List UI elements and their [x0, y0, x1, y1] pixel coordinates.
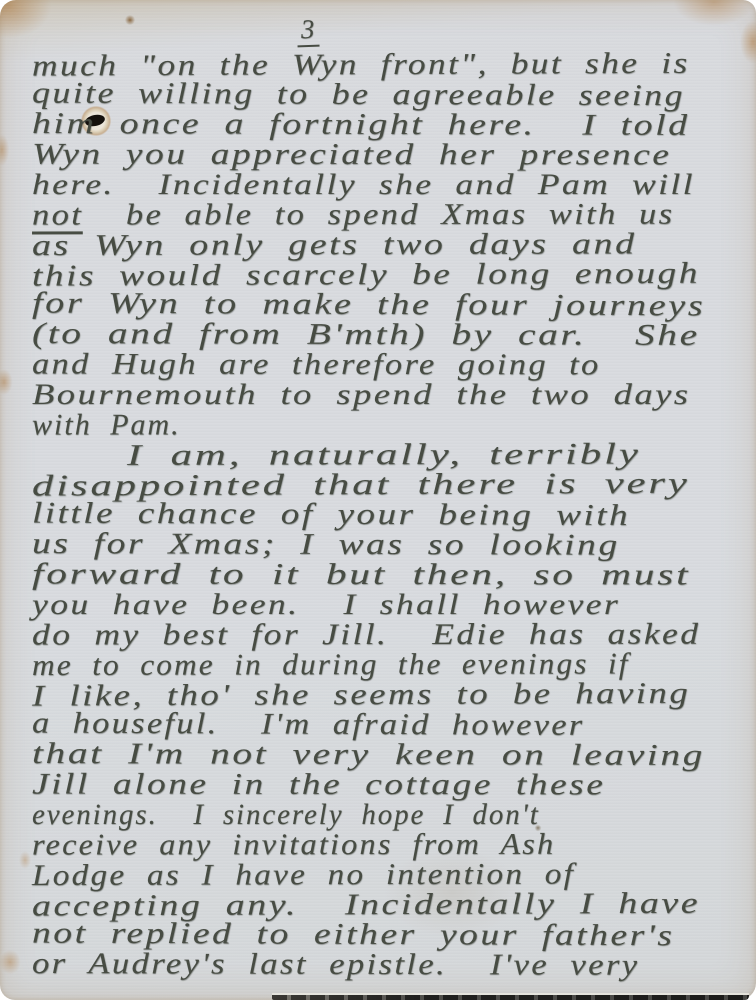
handwriting-text: Lodge as I have no intention of [32, 859, 575, 891]
text-segment: forward to it but then, so must [32, 557, 690, 591]
handwriting-line: and Hugh are therefore going to [32, 349, 756, 380]
handwriting-text: forward to it but then, so must [32, 559, 690, 590]
handwriting-line: us for Xmas; I was so looking [32, 529, 756, 561]
handwriting-line: or Audrey's last epistle. I've very [32, 949, 756, 981]
handwriting-line: you have been. I shall however [32, 590, 756, 620]
handwriting-text: Wyn you appreciated her presence [32, 139, 671, 170]
text-segment: and Hugh are therefore going to [32, 347, 601, 381]
text-segment: evenings. I sincerely hope I don't [32, 798, 540, 831]
text-segment: Bournemouth to spend the two days [32, 378, 690, 411]
handwriting-line: Jill alone in the cottage these [32, 769, 756, 800]
text-segment: Jill alone in the cottage these [32, 767, 605, 801]
handwriting-text: Jill alone in the cottage these [32, 769, 605, 800]
handwriting-text: Bournemouth to spend the two days [32, 380, 690, 410]
text-segment: with Pam. [32, 408, 181, 441]
handwriting-text: him once a fortnight here. I told [32, 109, 690, 141]
handwriting-text: a houseful. I'm afraid however [32, 708, 585, 740]
text-segment: here. Incidentally she and Pam will [32, 168, 695, 201]
handwriting-text: here. Incidentally she and Pam will [32, 170, 695, 200]
handwriting-line: not be able to spend Xmas with us [32, 199, 756, 230]
handwriting-text: receive any invitations from Ash [32, 830, 555, 861]
handwriting-text: as Wyn only gets two days and [32, 229, 637, 261]
handwriting-line: (to and from B'mth) by car. She [32, 319, 756, 351]
handwriting-text: and Hugh are therefore going to [32, 349, 601, 380]
handwriting-line: receive any invitations from Ash [32, 829, 756, 860]
text-segment: Wyn you appreciated her presence [32, 137, 671, 171]
handwriting-text: not be able to spend Xmas with us [32, 200, 674, 231]
bottom-page-edge [272, 995, 749, 1000]
handwriting-line: with Pam. [32, 409, 756, 440]
text-segment: or Audrey's last epistle. I've very [32, 947, 640, 982]
handwriting-line: that I'm not very keen on leaving [32, 739, 756, 771]
handwriting-text: me to come in during the evenings if [32, 649, 630, 681]
handwriting-text: little chance of your being with [32, 498, 630, 531]
handwriting-line: Wyn you appreciated her presence [32, 139, 756, 170]
text-segment: do my best for Jill. Edie has asked [32, 618, 700, 652]
text-segment: be able to spend Xmas with us [83, 198, 674, 232]
handwriting-text: or Audrey's last epistle. I've very [32, 949, 640, 981]
text-segment: you have been. I shall however [32, 588, 620, 621]
handwriting-line: him once a fortnight here. I told [32, 109, 756, 141]
handwriting-text: I am, naturally, terribly [127, 439, 641, 470]
handwriting-text: that I'm not very keen on leaving [32, 739, 705, 771]
handwriting-line: Bournemouth to spend the two days [32, 380, 756, 410]
text-segment: (to and from B'mth) by car. She [32, 317, 700, 352]
handwriting-line: here. Incidentally she and Pam will [32, 170, 756, 200]
paper-sheet: 3 much "on the Wyn front", but she isqui… [0, 0, 756, 1000]
handwriting-text: you have been. I shall however [32, 590, 620, 620]
text-segment: us for Xmas; I was so looking [32, 527, 620, 562]
handwriting-line: evenings. I sincerely hope I don't [32, 800, 756, 830]
handwriting-text: do my best for Jill. Edie has asked [32, 620, 700, 651]
text-segment: him once a fortnight here. I told [32, 107, 690, 142]
handwriting-line: forward to it but then, so must [32, 559, 756, 590]
page-number: 3 [296, 14, 319, 48]
letter-body: much "on the Wyn front", but she isquite… [32, 50, 756, 980]
handwriting-text: with Pam. [32, 410, 181, 440]
handwriting-text: (to and from B'mth) by car. She [32, 319, 700, 351]
handwriting-text: evenings. I sincerely hope I don't [32, 800, 540, 830]
text-segment: receive any invitations from Ash [32, 828, 555, 862]
handwriting-text: us for Xmas; I was so looking [32, 529, 620, 561]
handwriting-line: do my best for Jill. Edie has asked [32, 619, 756, 650]
text-segment: that I'm not very keen on leaving [32, 737, 705, 772]
scanned-letter-page: 3 much "on the Wyn front", but she isqui… [0, 0, 756, 1000]
